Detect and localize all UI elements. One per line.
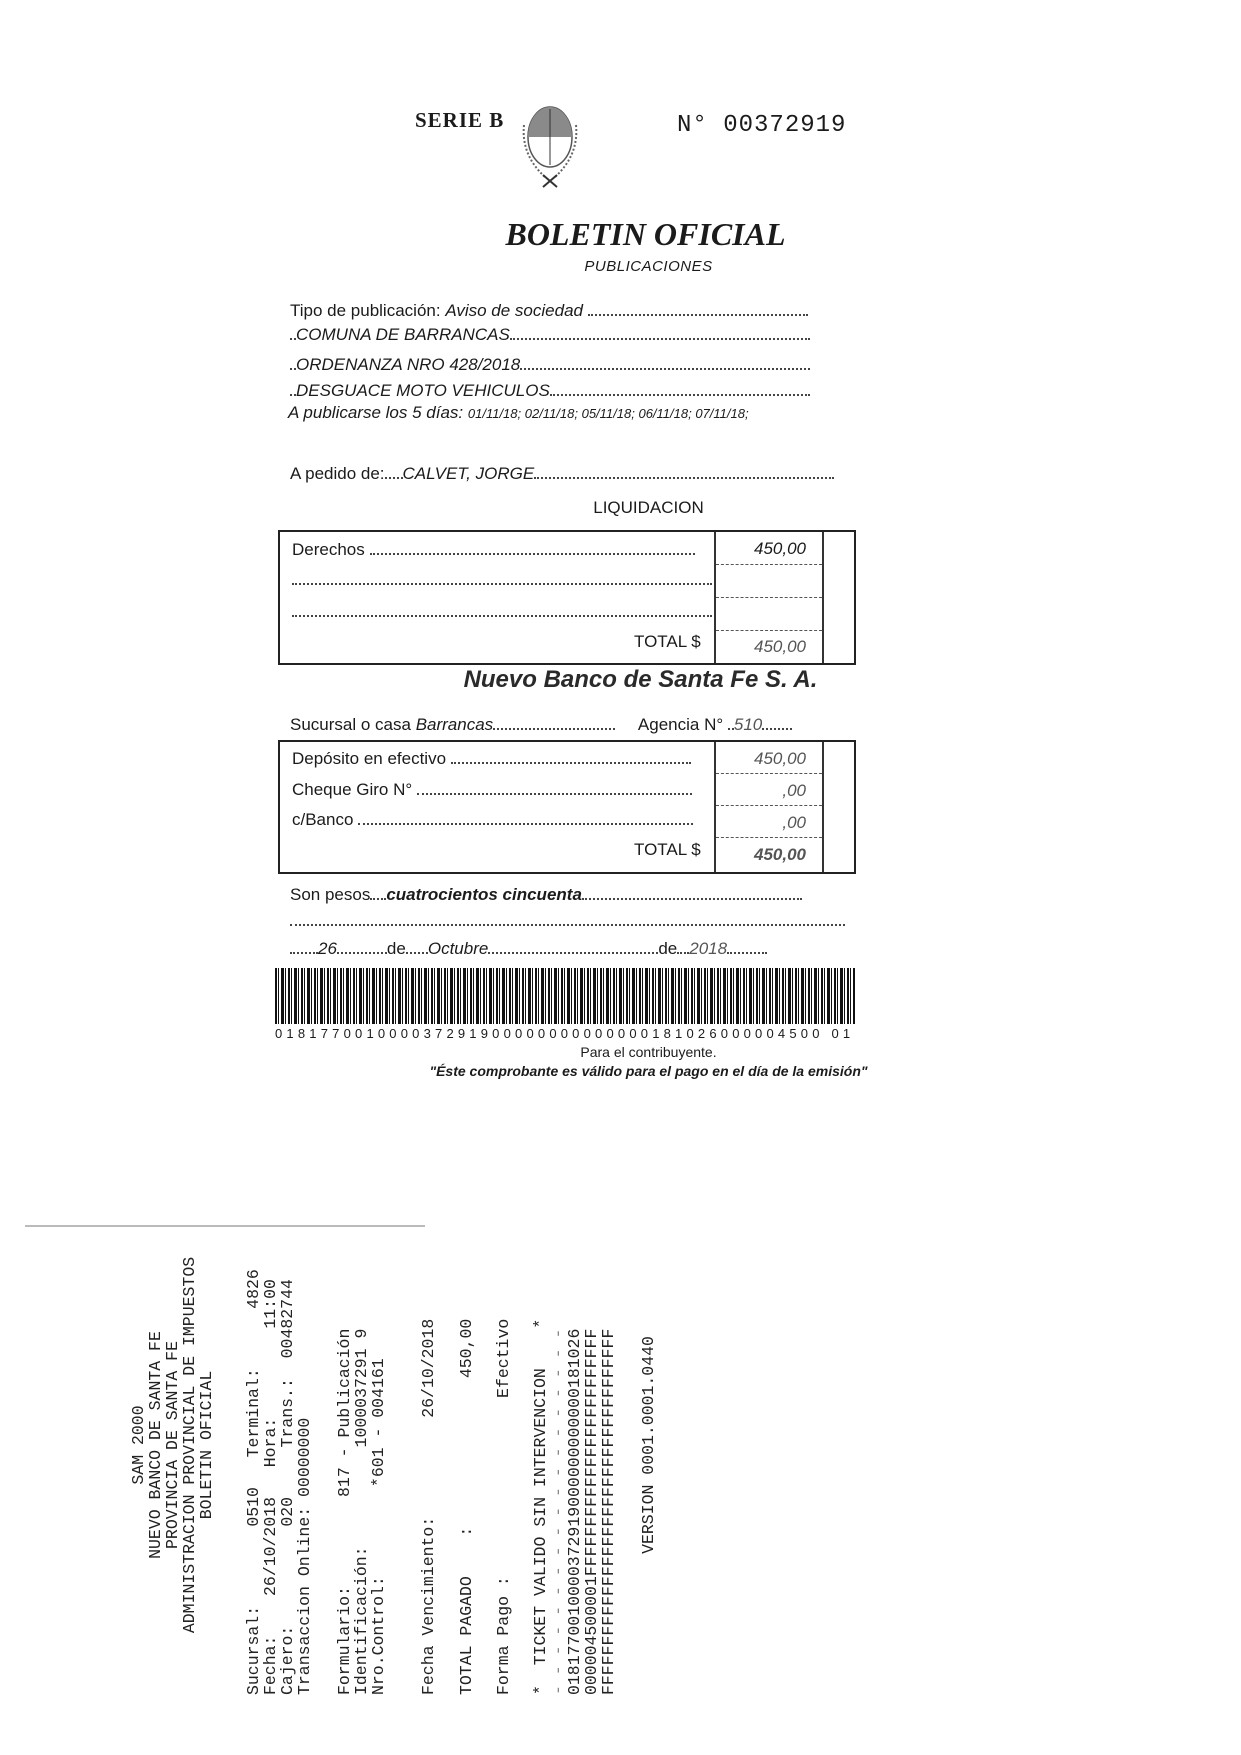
document-number: N° 00372919 [677, 112, 846, 139]
son-pesos-continuation [290, 910, 850, 931]
payment-receipt: SAM 2000 NUEVO BANCO DE SANTA FE PROVINC… [120, 1195, 680, 1695]
receipt-header-line: BOLETIN OFICIAL [198, 1195, 215, 1695]
liquidacion-amount-column: 450,00 450,00 [714, 532, 824, 663]
receipt-header-line: NUEVO BANCO DE SANTA FE [147, 1195, 164, 1695]
deposit-total: 450,00 [716, 838, 822, 872]
barcode [275, 968, 855, 1024]
receipt-code-line: 0181770010000372919000000000000181026 [566, 1329, 583, 1695]
receipt-header-line: ADMINISTRACION PROVINCIAL DE IMPUESTOS [181, 1195, 198, 1695]
amount-cell: 450,00 [716, 742, 822, 774]
date-year: 2018 [689, 939, 727, 958]
barcode-digits: 0181770010000372919000000000000001810260… [275, 1026, 855, 1041]
receipt-fecha: Fecha: 26/10/2018 Hora: 11:00 [262, 1279, 279, 1695]
deposit-table: Depósito en efectivo Cheque Giro N° c/Ba… [278, 740, 856, 874]
son-pesos-value: cuatrocientos cincuenta [386, 885, 582, 904]
tipo-publicacion-field: Tipo de publicación: Aviso de sociedad [290, 300, 855, 321]
page-title: BOLETIN OFICIAL [0, 216, 1241, 253]
bank-name: Nuevo Banco de Santa Fe S. A. [0, 666, 1241, 694]
deposit-row: c/Banco [292, 809, 693, 830]
para-contribuyente: Para el contribuyente. [0, 1044, 1241, 1060]
tipo-value: Aviso de sociedad [445, 301, 583, 320]
province-coat-of-arms-icon [515, 95, 585, 195]
date-month: Octubre [428, 939, 488, 958]
publication-line-1: COMUNA DE BARRANCAS [290, 324, 850, 345]
receipt-online: Transaccion Online: 00000000 [296, 1418, 313, 1695]
deposit-amount-column: 450,00 ,00 ,00 450,00 [714, 742, 824, 872]
pedido-value: CALVET, JORGE [403, 464, 535, 483]
amount-cell: ,00 [716, 774, 822, 806]
date-day: 26 [318, 939, 337, 958]
publication-days: A publicarse los 5 días: 01/11/18; 02/11… [288, 403, 749, 423]
receipt-identificacion: Identificación: 1000037291 9 [353, 1329, 370, 1695]
receipt-forma-pago: Forma Pago : Efectivo [495, 1319, 512, 1695]
liquidacion-row: Derechos [292, 539, 695, 560]
publication-dates: 01/11/18; 02/11/18; 05/11/18; 06/11/18; … [468, 406, 749, 421]
tipo-label: Tipo de publicación: [290, 301, 441, 320]
receipt-vencimiento: Fecha Vencimiento: 26/10/2018 [420, 1319, 437, 1695]
liquidacion-table: Derechos TOTAL $ 450,00 450,00 [278, 530, 856, 665]
receipt-formulario: Formulario: 817 - Publicación [336, 1329, 353, 1695]
receipt-control: Nro.Control: *601 - 004161 [370, 1358, 387, 1695]
receipt-cajero: Cajero: 020 Trans.: 00482744 [279, 1279, 296, 1695]
receipt-sucursal: Sucursal: 0510 Terminal: 4826 [245, 1269, 262, 1695]
receipt-version: VERSION 0001.0001.0440 [640, 1195, 657, 1695]
liquidacion-title: LIQUIDACION [0, 498, 1241, 518]
liquidacion-total: 450,00 [716, 631, 822, 663]
deposit-row: Depósito en efectivo [292, 748, 691, 769]
date-field: 26deOctubrede2018 [290, 938, 855, 959]
amount-cell [716, 598, 822, 631]
sucursal-field: Sucursal o casa Barrancas Agencia N° 510 [290, 714, 855, 735]
liquidacion-total-label: TOTAL $ [634, 632, 701, 652]
validity-note: "Éste comprobante es válido para el pago… [0, 1063, 1241, 1079]
receipt-header-line: SAM 2000 [130, 1195, 147, 1695]
receipt-ticket-note: * TICKET VALIDO SIN INTERVENCION * [532, 1319, 549, 1695]
publication-line-3: DESGUACE MOTO VEHICULOS [290, 380, 850, 401]
sucursal-value: Barrancas [416, 715, 493, 734]
serie-label: SERIE B [415, 108, 504, 133]
amount-cell: ,00 [716, 806, 822, 838]
son-pesos-field: Son pesoscuatrocientos cincuenta [290, 884, 855, 905]
receipt-code-line: FFFFFFFFFFFFFFFFFFFFFFFFFFFFFFFFFFFFF [600, 1329, 617, 1695]
receipt-header-line: PROVINCIA DE SANTA FE [164, 1195, 181, 1695]
pedido-field: A pedido de:CALVET, JORGE [290, 463, 855, 484]
amount-cell: 450,00 [716, 532, 822, 565]
liquidacion-row [292, 601, 712, 622]
liquidacion-row [292, 569, 712, 590]
agencia-value: 510 [734, 715, 762, 734]
receipt-total-pagado: TOTAL PAGADO : 450,00 [458, 1319, 475, 1695]
deposit-total-label: TOTAL $ [634, 840, 701, 860]
deposit-row: Cheque Giro N° [292, 779, 692, 800]
amount-cell [716, 565, 822, 598]
publication-line-2: ORDENANZA NRO 428/2018 [290, 354, 850, 375]
receipt-code-line: 000004500001FFFFFFFFFFFFFFFFFFFFFFFFF [583, 1329, 600, 1695]
page-subtitle: PUBLICACIONES [0, 258, 1241, 275]
